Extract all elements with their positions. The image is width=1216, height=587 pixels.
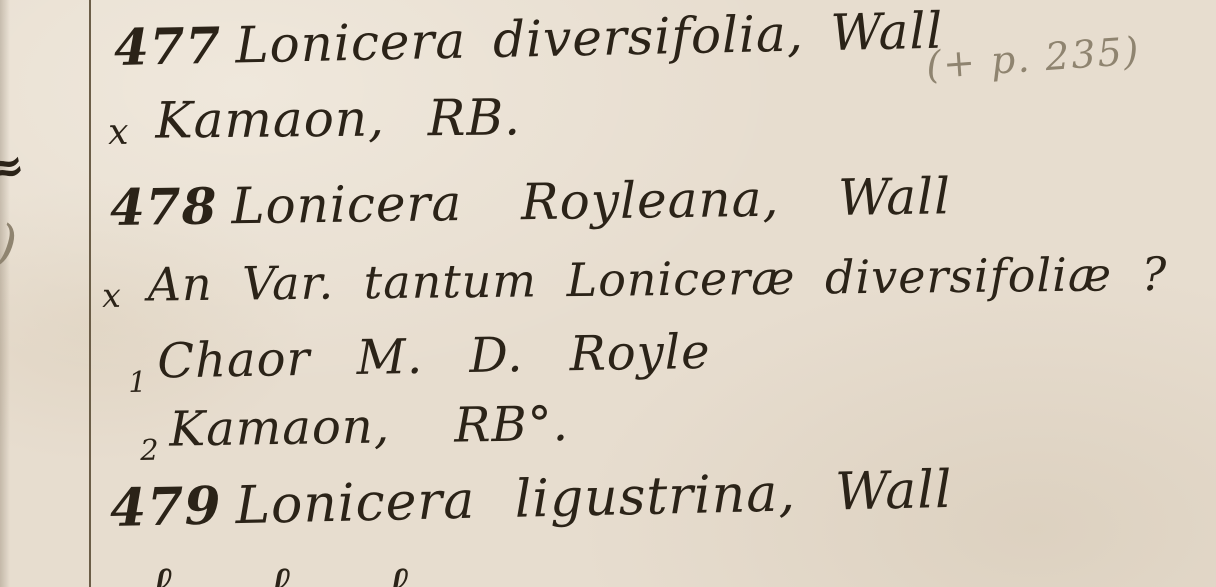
list-number-1: 1 xyxy=(128,365,148,399)
margin-pencil-paren: ) xyxy=(0,214,20,276)
entry-478-note-line: xAn Var. tantum Loniceræ diversifoliæ ? xyxy=(102,247,1168,312)
entry-479-line: 479Lonicera ligustrina, Wall xyxy=(109,459,953,539)
entry-number: 477 xyxy=(113,16,222,77)
entry-478-locality-2-line: 2Kamaon, RB°. xyxy=(140,396,570,458)
entry-477-locality-line: xKamaon, RB. xyxy=(108,88,522,150)
entry-478-locality-1-line: 1Chaor M. D. Royle xyxy=(128,324,711,390)
page-edge-shadow xyxy=(0,0,10,587)
margin-ink-fragment: ≈ xyxy=(0,137,30,198)
margin-rule-line xyxy=(89,0,91,587)
entry-text: Lonicera ligustrina, Wall xyxy=(235,460,953,536)
entry-text: Lonicera Royleana, Wall xyxy=(231,167,951,235)
x-marker: x xyxy=(108,112,130,153)
note-text: An Var. tantum Loniceræ diversifoliæ ? xyxy=(147,247,1167,312)
entry-477-line: 477Lonicera diversifolia, Wall xyxy=(113,1,944,77)
entry-478-line: 478Lonicera Royleana, Wall xyxy=(110,166,952,237)
entry-text: Lonicera diversifolia, Wall xyxy=(235,2,944,75)
x-marker: x xyxy=(102,276,122,315)
list-number-2: 2 xyxy=(140,433,160,467)
cutoff-next-line-strokes: ℓ ℓ ℓ xyxy=(150,556,850,587)
pencil-page-annotation: (+ p. 235) xyxy=(925,29,1142,88)
entry-number: 478 xyxy=(110,177,218,237)
locality-text: Kamaon, RB°. xyxy=(169,396,569,458)
entry-number: 479 xyxy=(109,475,222,539)
locality-text: Kamaon, RB. xyxy=(155,88,521,149)
manuscript-page: ≈ ) 477Lonicera diversifolia, Wall (+ p.… xyxy=(0,0,1216,587)
locality-text: Chaor M. D. Royle xyxy=(157,324,711,390)
